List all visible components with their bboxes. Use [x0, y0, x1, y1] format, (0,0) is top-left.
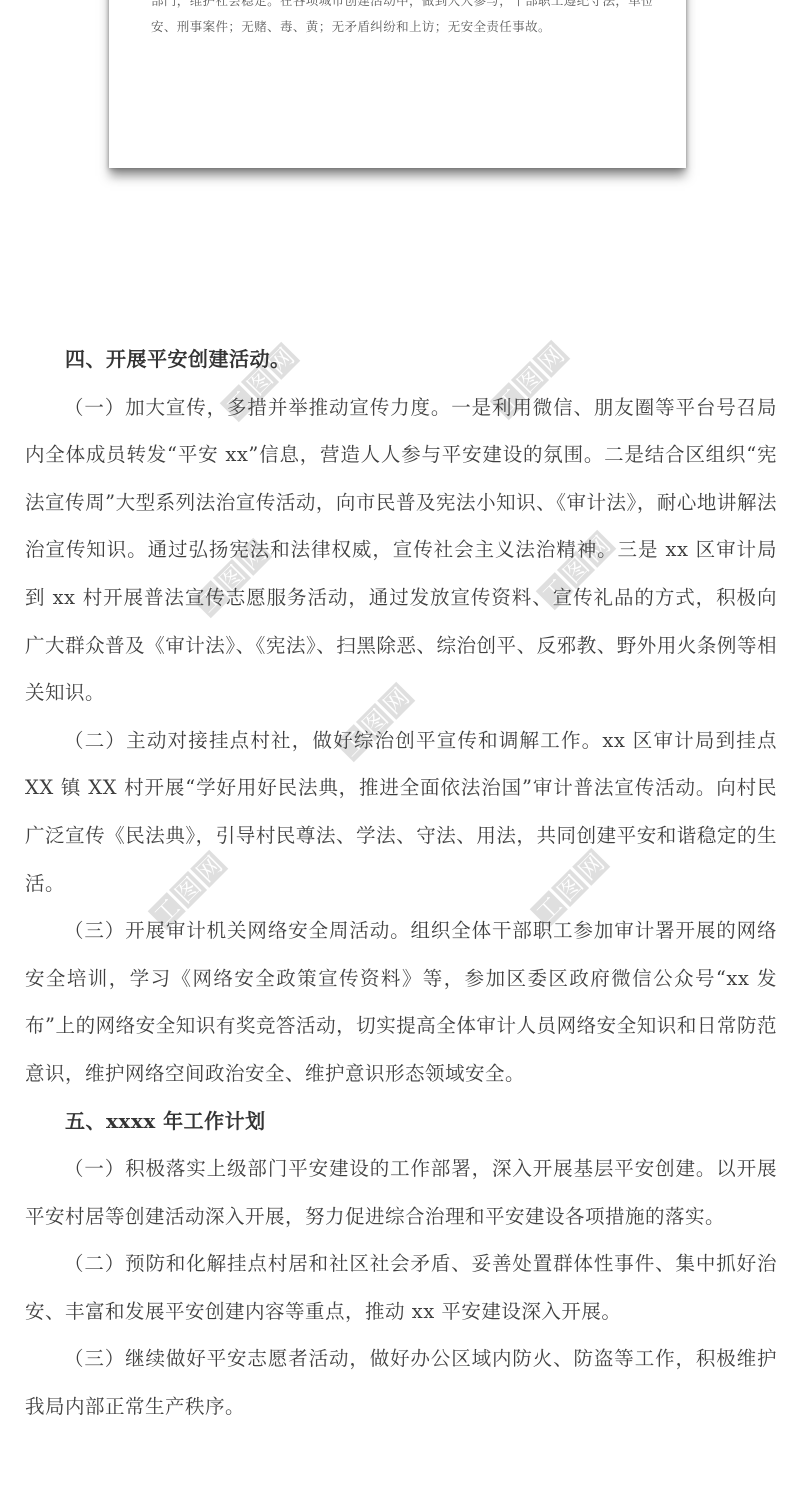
paragraph-work-plan-1: （一）积极落实上级部门平安建设的工作部署，深入开展基层平安创建。以开展平安村居等… — [25, 1145, 777, 1240]
preview-card-line: 安、刑事案件；无赌、毒、黄；无矛盾纠纷和上访；无安全责任事故。 — [151, 14, 652, 40]
paragraph-cybersecurity-week: （三）开展审计机关网络安全周活动。组织全体干部职工参加审计署开展的网络安全培训，… — [25, 907, 777, 1097]
document-page: 工图网工图网工图网工图网工图网工图网工图网 部门，维护社会稳定。在各项城市创建活… — [0, 0, 800, 1512]
paragraph-work-plan-3: （三）继续做好平安志愿者活动，做好办公区域内防火、防盗等工作，积极维护我局内部正… — [25, 1335, 777, 1430]
document-preview-card: 部门，维护社会稳定。在各项城市创建活动中，做到人人参与，干部职工遵纪守法，单位无… — [109, 0, 686, 168]
paragraph-work-plan-2: （二）预防和化解挂点村居和社区社会矛盾、妥善处置群体性事件、集中抓好治安、丰富和… — [25, 1240, 777, 1335]
preview-card-line: 部门，维护社会稳定。在各项城市创建活动中，做到人人参与，干部职工遵纪守法，单位无… — [151, 0, 652, 14]
section-heading-five: 五、xxxx 年工作计划 — [25, 1098, 777, 1146]
section-heading-four: 四、开展平安创建活动。 — [25, 336, 777, 384]
preview-card-text: 部门，维护社会稳定。在各项城市创建活动中，做到人人参与，干部职工遵纪守法，单位无… — [151, 0, 652, 40]
document-body: 四、开展平安创建活动。 （一）加大宣传，多措并举推动宣传力度。一是利用微信、朋友… — [25, 336, 777, 1431]
paragraph-village-liaison: （二）主动对接挂点村社，做好综治创平宣传和调解工作。xx 区审计局到挂点 XX … — [25, 717, 777, 907]
paragraph-publicity: （一）加大宣传，多措并举推动宣传力度。一是利用微信、朋友圈等平台号召局内全体成员… — [25, 384, 777, 717]
